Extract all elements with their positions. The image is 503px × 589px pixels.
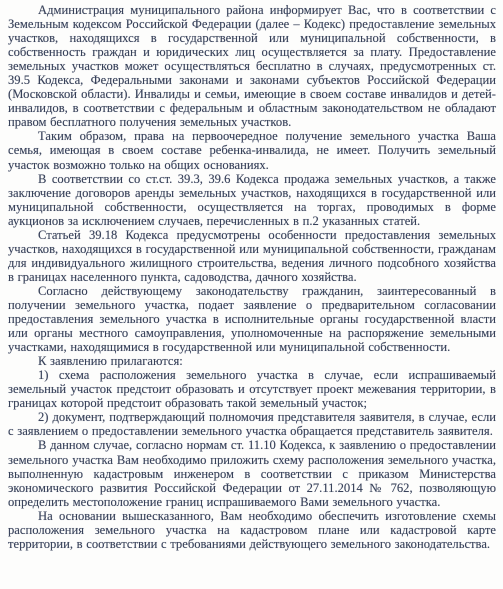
paragraph: Администрация муниципального района инфо…: [8, 3, 496, 129]
paragraph: 2) документ, подтверждающий полномочия п…: [8, 410, 496, 438]
paragraph: Статьей 39.18 Кодекса предусмотрены особ…: [8, 228, 496, 284]
scanned-page: Администрация муниципального района инфо…: [0, 0, 503, 589]
paragraph: В соответствии со ст.ст. 39.3, 39.6 Коде…: [8, 172, 496, 228]
paragraph: Таким образом, права на первоочередное п…: [8, 129, 496, 171]
paragraph: В данном случае, согласно нормам ст. 11.…: [8, 438, 496, 508]
document-body: Администрация муниципального района инфо…: [8, 3, 496, 551]
paragraph: К заявлению прилагаются:: [8, 354, 496, 368]
paragraph: Согласно действующему законодательству г…: [8, 284, 496, 354]
paragraph: На основании вышесказанного, Вам необход…: [8, 509, 496, 551]
paragraph: 1) схема расположения земельного участка…: [8, 368, 496, 410]
